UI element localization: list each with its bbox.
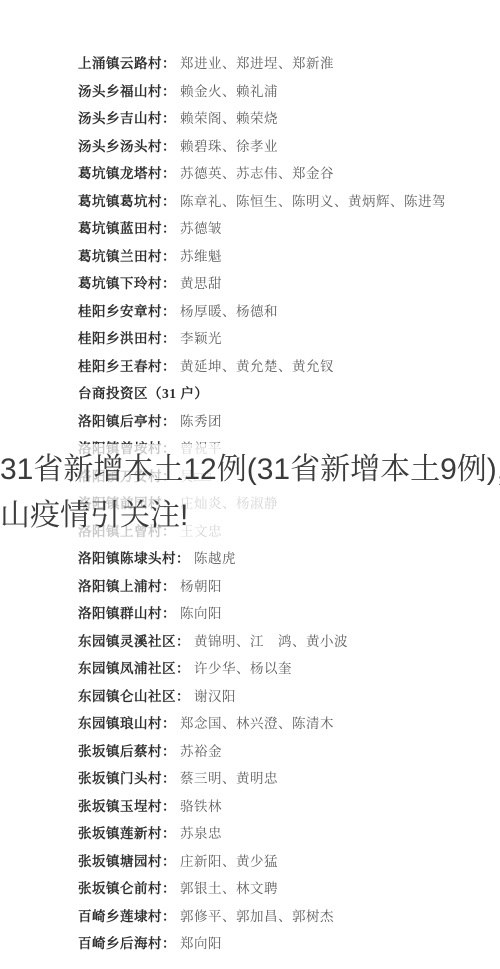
names-text: 赖金火、赖礼浦 — [176, 84, 278, 99]
list-item: 张坂镇塘园村：庄新阳、黄少猛 — [78, 848, 496, 876]
names-text: 许少华、杨以奎 — [190, 661, 292, 676]
names-text: 陈秀团 — [176, 414, 222, 429]
village-label: 洛阳镇后亭村： — [78, 414, 176, 429]
list-item: 葛坑镇龙塔村：苏德英、苏志伟、郑金谷 — [78, 160, 496, 188]
village-label: 汤头乡汤头村： — [78, 139, 176, 154]
village-label: 张坂镇莲新村： — [78, 826, 176, 841]
list-item: 葛坑镇葛坑村：陈章礼、陈恒生、陈明义、黄炳辉、陈进驾 — [78, 188, 496, 216]
list-item: 张坂镇莲新村：苏泉忠 — [78, 820, 496, 848]
village-label: 张坂镇塘园村： — [78, 854, 176, 869]
village-label: 东园镇灵溪社区： — [78, 634, 190, 649]
village-label: 桂阳乡洪田村： — [78, 331, 176, 346]
names-text — [208, 386, 212, 401]
village-label: 上涌镇云路村： — [78, 56, 176, 71]
names-text: 郭修平、郭加昌、郭树杰 — [176, 909, 334, 924]
list-item: 洛阳镇群山村：陈向阳 — [78, 600, 496, 628]
names-text: 苏泉忠 — [176, 826, 222, 841]
list-item: 葛坑镇兰田村：苏维魁 — [78, 243, 496, 271]
names-text: 谢汉阳 — [190, 689, 236, 704]
names-text: 陈向阳 — [176, 606, 222, 621]
village-label: 张坂镇后蔡村： — [78, 744, 176, 759]
names-text: 黄思甜 — [176, 276, 222, 291]
village-label: 葛坑镇葛坑村： — [78, 194, 176, 209]
village-label: 葛坑镇龙塔村： — [78, 166, 176, 181]
list-item: 桂阳乡安章村：杨厚暖、杨德和 — [78, 298, 496, 326]
names-text: 骆铁林 — [176, 799, 222, 814]
names-text: 杨厚暖、杨德和 — [176, 304, 278, 319]
list-item: 洛阳镇陈埭头村：陈越虎 — [78, 545, 496, 573]
village-label: 汤头乡吉山村： — [78, 111, 176, 126]
names-text: 陈越虎 — [190, 551, 236, 566]
list-item: 东园镇凤浦社区：许少华、杨以奎 — [78, 655, 496, 683]
list-item: 汤头乡汤头村：赖碧珠、徐孝业 — [78, 133, 496, 161]
list-item: 百崎乡莲埭村：郭修平、郭加昌、郭树杰 — [78, 903, 496, 931]
village-label: 汤头乡福山村： — [78, 84, 176, 99]
names-text: 郑念国、林兴澄、陈清木 — [176, 716, 334, 731]
names-text: 陈章礼、陈恒生、陈明义、黄炳辉、陈进驾 — [176, 194, 446, 209]
village-label: 葛坑镇下玲村： — [78, 276, 176, 291]
list-item: 洛阳镇后亭村：陈秀团 — [78, 408, 496, 436]
headline-line2: 山疫情引关注! — [0, 493, 500, 539]
village-label: 葛坑镇兰田村： — [78, 249, 176, 264]
village-label: 百崎乡后海村： — [78, 936, 176, 951]
names-text: 赖荣阁、赖荣烧 — [176, 111, 278, 126]
list-item: 台商投资区（31 户） — [78, 380, 496, 408]
village-label: 东园镇凤浦社区： — [78, 661, 190, 676]
list-item: 桂阳乡洪田村：李颖光 — [78, 325, 496, 353]
village-label: 洛阳镇群山村： — [78, 606, 176, 621]
village-label: 东园镇仑山社区： — [78, 689, 190, 704]
village-label: 张坂镇玉埕村： — [78, 799, 176, 814]
list-item: 上涌镇云路村：郑进业、郑进埕、郑新淮 — [78, 50, 496, 78]
headline-line1: 31省新增本土12例(31省新增本土9例)，东 — [0, 447, 500, 493]
list-item: 张坂镇玉埕村：骆铁林 — [78, 793, 496, 821]
village-label: 桂阳乡安章村： — [78, 304, 176, 319]
names-text: 苏维魁 — [176, 249, 222, 264]
names-text: 苏德英、苏志伟、郑金谷 — [176, 166, 334, 181]
names-text: 李颖光 — [176, 331, 222, 346]
village-label: 桂阳乡王春村： — [78, 359, 176, 374]
village-label: 台商投资区（31 户） — [78, 386, 208, 401]
list-item: 张坂镇门头村：蔡三明、黄明忠 — [78, 765, 496, 793]
list-item: 汤头乡吉山村：赖荣阁、赖荣烧 — [78, 105, 496, 133]
names-text: 苏裕金 — [176, 744, 222, 759]
village-label: 洛阳镇上浦村： — [78, 579, 176, 594]
names-text: 郭银土、林文聘 — [176, 881, 278, 896]
names-text: 郑进业、郑进埕、郑新淮 — [176, 56, 334, 71]
list-item: 桂阳乡王春村：黄延坤、黄允楚、黄允钗 — [78, 353, 496, 381]
village-label: 张坂镇仑前村： — [78, 881, 176, 896]
list-item: 葛坑镇下玲村：黄思甜 — [78, 270, 496, 298]
headline-overlay: 31省新增本土12例(31省新增本土9例)，东 山疫情引关注! — [0, 444, 500, 547]
names-text: 苏德皱 — [176, 221, 222, 236]
list-item: 张坂镇后蔡村：苏裕金 — [78, 738, 496, 766]
names-text: 黄延坤、黄允楚、黄允钗 — [176, 359, 334, 374]
list-item: 东园镇灵溪社区：黄锦明、江 鸿、黄小波 — [78, 628, 496, 656]
village-label: 张坂镇门头村： — [78, 771, 176, 786]
village-label: 葛坑镇蓝田村： — [78, 221, 176, 236]
names-text: 赖碧珠、徐孝业 — [176, 139, 278, 154]
list-item: 张坂镇仑前村：郭银土、林文聘 — [78, 875, 496, 903]
names-text: 郑向阳 — [176, 936, 222, 951]
list-item: 东园镇琅山村：郑念国、林兴澄、陈清木 — [78, 710, 496, 738]
list-item: 百崎乡后海村：郑向阳 — [78, 930, 496, 958]
village-label: 东园镇琅山村： — [78, 716, 176, 731]
names-text: 蔡三明、黄明忠 — [176, 771, 278, 786]
list-item: 东园镇仑山社区：谢汉阳 — [78, 683, 496, 711]
list-item: 洛阳镇上浦村：杨朝阳 — [78, 573, 496, 601]
list-item: 汤头乡福山村：赖金火、赖礼浦 — [78, 78, 496, 106]
village-label: 百崎乡莲埭村： — [78, 909, 176, 924]
names-text: 庄新阳、黄少猛 — [176, 854, 278, 869]
names-text: 黄锦明、江 鸿、黄小波 — [190, 634, 348, 649]
village-label: 洛阳镇陈埭头村： — [78, 551, 190, 566]
list-item: 葛坑镇蓝田村：苏德皱 — [78, 215, 496, 243]
names-text: 杨朝阳 — [176, 579, 222, 594]
